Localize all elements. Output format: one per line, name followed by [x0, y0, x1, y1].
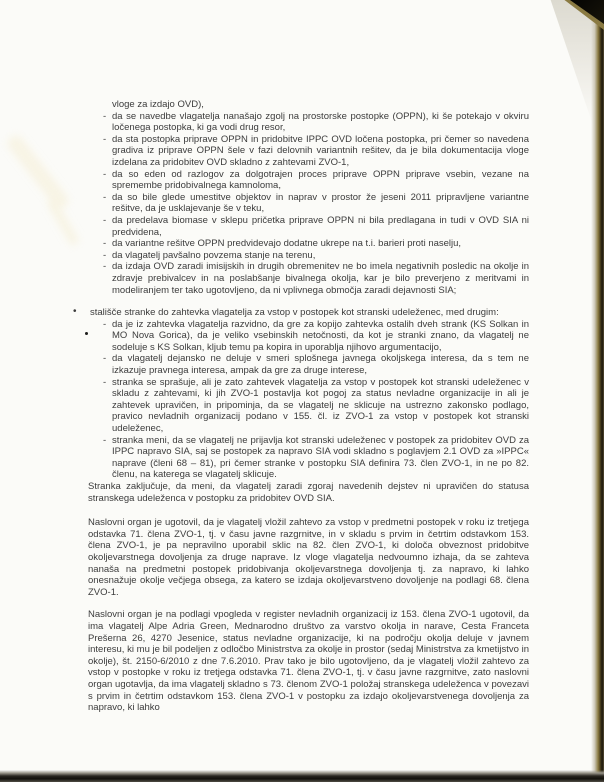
scan-edge-right [591, 0, 604, 782]
dash-marker: - [103, 169, 106, 181]
scan-edge-bottom [0, 770, 604, 782]
dash-marker: - [103, 319, 106, 331]
dash-list: - da se navedbe vlagatelja nanašajo zgol… [72, 111, 529, 297]
bullet-intro: stališče stranke do zahtevka vlagatelja … [90, 307, 529, 319]
scan-smudge [5, 132, 72, 211]
list-item: - da izdaja OVD zaradi imisijskih in dru… [112, 261, 529, 296]
item-text: da so bile glede umestitve objektov in n… [112, 192, 529, 215]
item-text: da vlagatelj pavšalno povzema stanje na … [112, 250, 315, 261]
dash-marker: - [103, 250, 106, 262]
list-item: - da so bile glede umestitve objektov in… [112, 192, 529, 215]
paragraph-conclusion: Stranka zaključuje, da meni, da vlagatel… [88, 481, 529, 504]
list-item: - da variantne rešitve OPPN predvidevajo… [112, 238, 529, 250]
stance-bullet-block: • stališče stranke do zahtevka vlagatelj… [72, 307, 529, 481]
list-item: - da vlagatelj dejansko ne deluje v smer… [112, 353, 529, 376]
list-item: - da se navedbe vlagatelja nanašajo zgol… [112, 111, 529, 134]
paragraph-finding-2: Naslovni organ je na podlagi vpogleda v … [88, 609, 529, 713]
item-text: da so eden od razlogov za dolgotrajen pr… [112, 169, 529, 192]
dash-marker: - [103, 134, 106, 146]
item-text: da izdaja OVD zaradi imisijskih in drugi… [112, 261, 529, 295]
list-item: - da predelava biomase v sklepu pričetka… [112, 215, 529, 238]
item-text: da predelava biomase v sklepu pričetka p… [112, 215, 529, 238]
item-text: da variantne rešitve OPPN predvidevajo d… [112, 238, 461, 249]
dash-marker: - [103, 353, 106, 365]
dash-marker: - [103, 261, 106, 273]
list-item: - da je iz zahtevka vlagatelja razvidno,… [112, 319, 529, 354]
bullet-marker: • [73, 306, 77, 318]
ink-speck [85, 332, 88, 335]
sub-dash-list: - da je iz zahtevka vlagatelja razvidno,… [72, 319, 529, 481]
item-text: stranka meni, da se vlagatelj ne prijavl… [112, 435, 529, 481]
dash-marker: - [103, 435, 106, 447]
dash-marker: - [103, 111, 106, 123]
dash-marker: - [103, 377, 106, 389]
list-item: - stranka se sprašuje, ali je zato zahte… [112, 377, 529, 435]
paragraph-finding-1: Naslovni organ je ugotovil, da je vlagat… [88, 517, 529, 598]
dash-marker: - [103, 238, 106, 250]
scanned-page-content: vloge za izdajo OVD), - da se navedbe vl… [72, 99, 529, 714]
item-text: da se navedbe vlagatelja nanašajo zgolj … [112, 111, 529, 134]
dash-marker: - [103, 192, 106, 204]
list-item: - da so eden od razlogov za dolgotrajen … [112, 169, 529, 192]
item-text: da vlagatelj dejansko ne deluje v smeri … [112, 353, 529, 376]
item-text: da je iz zahtevka vlagatelja razvidno, d… [112, 319, 529, 353]
dash-marker: - [103, 215, 106, 227]
item-text: da sta postopka priprave OPPN in pridobi… [112, 134, 529, 168]
continuation-line: vloge za izdajo OVD), [112, 99, 529, 111]
item-text: stranka se sprašuje, ali je zato zahteve… [112, 377, 529, 434]
list-item: - stranka meni, da se vlagatelj ne prija… [112, 435, 529, 481]
list-item: - da vlagatelj pavšalno povzema stanje n… [112, 250, 529, 262]
list-item: - da sta postopka priprave OPPN in prido… [112, 134, 529, 169]
